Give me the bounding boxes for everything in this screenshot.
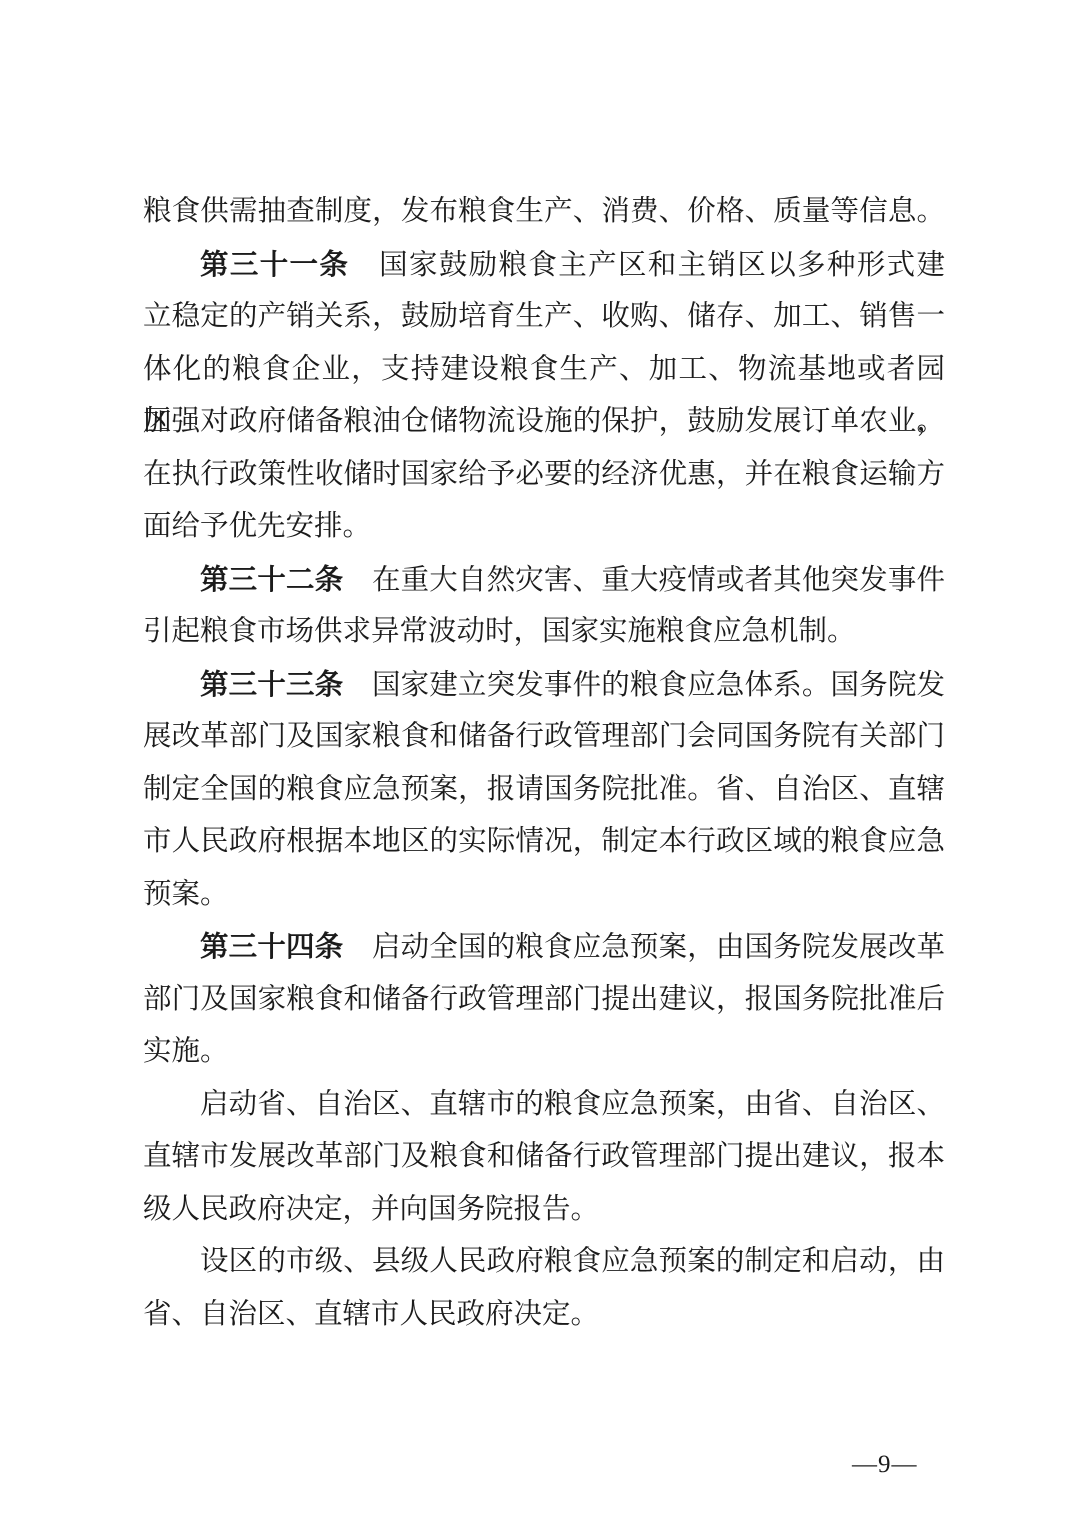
line-text: 立稳定的产销关系，鼓励培育生产、收购、储存、加工、销售一 <box>143 301 945 332</box>
text-line: 在执行政策性收储时国家给予必要的经济优惠，并在粮食运输方 <box>143 449 945 502</box>
line-text: 在执行政策性收储时国家给予必要的经济优惠，并在粮食运输方 <box>143 459 945 490</box>
text-line: 第三十一条 国家鼓励粮食主产区和主销区以多种形式建 <box>143 239 945 292</box>
line-text: 省、自治区、直辖市人民政府决定。 <box>143 1299 599 1330</box>
article-number: 第三十四条 <box>200 931 343 963</box>
line-text: 启动省、自治区、直辖市的粮食应急预案，由省、自治区、 <box>200 1089 945 1120</box>
text-line: 省、自治区、直辖市人民政府决定。 <box>143 1289 945 1342</box>
text-line: 实施。 <box>143 1026 945 1079</box>
text-line: 粮食供需抽查制度，发布粮食生产、消费、价格、质量等信息。 <box>143 186 945 239</box>
text-line: 启动省、自治区、直辖市的粮食应急预案，由省、自治区、 <box>143 1079 945 1132</box>
text-line: 级人民政府决定，并向国务院报告。 <box>143 1184 945 1237</box>
line-text: 引起粮食市场供求异常波动时，国家实施粮食应急机制。 <box>143 616 856 647</box>
line-text: 启动全国的粮食应急预案，由国务院发展改革 <box>343 932 945 963</box>
article-number: 第三十一条 <box>200 249 349 281</box>
text-line: 立稳定的产销关系，鼓励培育生产、收购、储存、加工、销售一 <box>143 291 945 344</box>
line-text: 面给予优先安排。 <box>143 511 371 542</box>
line-text: 实施。 <box>143 1036 229 1067</box>
article-number: 第三十二条 <box>200 564 343 596</box>
line-text: 粮食供需抽查制度，发布粮食生产、消费、价格、质量等信息。 <box>143 196 945 227</box>
text-line: 设区的市级、县级人民政府粮食应急预案的制定和启动，由 <box>143 1236 945 1289</box>
page-number: —9— <box>852 1448 918 1482</box>
line-text: 展改革部门及国家粮食和储备行政管理部门会同国务院有关部门 <box>143 721 945 752</box>
text-line: 引起粮食市场供求异常波动时，国家实施粮食应急机制。 <box>143 606 945 659</box>
line-text: 加强对政府储备粮油仓储物流设施的保护，鼓励发展订单农业。 <box>143 406 945 437</box>
line-text: 预案。 <box>143 879 229 910</box>
text-line: 第三十三条 国家建立突发事件的粮食应急体系。国务院发 <box>143 659 945 712</box>
line-text: 国家鼓励粮食主产区和主销区以多种形式建 <box>349 250 945 281</box>
line-text: 设区的市级、县级人民政府粮食应急预案的制定和启动，由 <box>200 1246 945 1277</box>
article-number: 第三十三条 <box>200 669 343 701</box>
text-line: 第三十二条 在重大自然灾害、重大疫情或者其他突发事件 <box>143 554 945 607</box>
document-page: 粮食供需抽查制度，发布粮食生产、消费、价格、质量等信息。第三十一条 国家鼓励粮食… <box>0 0 1074 1520</box>
text-line: 面给予优先安排。 <box>143 501 945 554</box>
text-line: 市人民政府根据本地区的实际情况，制定本行政区域的粮食应急 <box>143 816 945 869</box>
line-text: 级人民政府决定，并向国务院报告。 <box>143 1194 599 1225</box>
text-line: 体化的粮食企业，支持建设粮食生产、加工、物流基地或者园区， <box>143 344 945 397</box>
text-line: 展改革部门及国家粮食和储备行政管理部门会同国务院有关部门 <box>143 711 945 764</box>
text-line: 加强对政府储备粮油仓储物流设施的保护，鼓励发展订单农业。 <box>143 396 945 449</box>
text-line: 预案。 <box>143 869 945 922</box>
text-line: 部门及国家粮食和储备行政管理部门提出建议，报国务院批准后 <box>143 974 945 1027</box>
line-text: 部门及国家粮食和储备行政管理部门提出建议，报国务院批准后 <box>143 984 945 1015</box>
line-text: 制定全国的粮食应急预案，报请国务院批准。省、自治区、直辖 <box>143 774 945 805</box>
line-text: 直辖市发展改革部门及粮食和储备行政管理部门提出建议，报本 <box>143 1141 945 1172</box>
text-line: 第三十四条 启动全国的粮食应急预案，由国务院发展改革 <box>143 921 945 974</box>
line-text: 国家建立突发事件的粮食应急体系。国务院发 <box>343 670 945 701</box>
text-line: 制定全国的粮食应急预案，报请国务院批准。省、自治区、直辖 <box>143 764 945 817</box>
line-text: 市人民政府根据本地区的实际情况，制定本行政区域的粮食应急 <box>143 826 945 857</box>
line-text: 在重大自然灾害、重大疫情或者其他突发事件 <box>343 565 945 596</box>
text-block: 粮食供需抽查制度，发布粮食生产、消费、价格、质量等信息。第三十一条 国家鼓励粮食… <box>143 186 945 1341</box>
text-line: 直辖市发展改革部门及粮食和储备行政管理部门提出建议，报本 <box>143 1131 945 1184</box>
